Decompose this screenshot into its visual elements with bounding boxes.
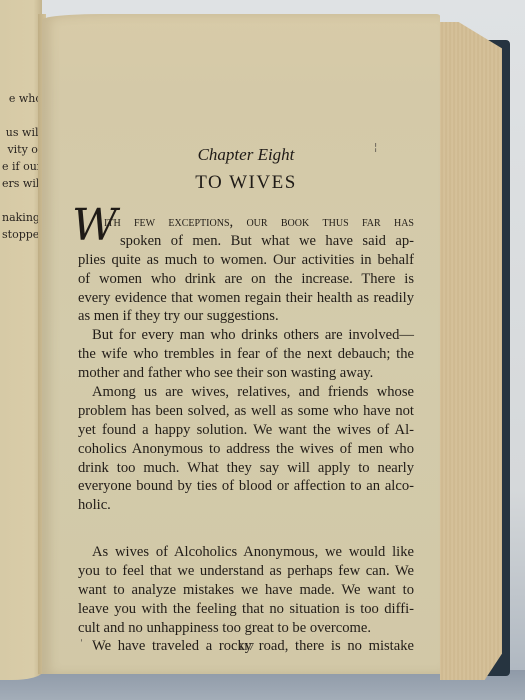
text-line: Among us are wives, relatives, and frien… xyxy=(78,383,414,402)
pencil-mark: ˈ xyxy=(80,639,83,650)
fragment: vity of xyxy=(2,141,42,158)
text-line: as men if they try our suggestions. xyxy=(78,307,414,326)
fragment: stopped xyxy=(2,226,42,243)
text-line: you to feel that we understand as perhap… xyxy=(78,562,414,581)
text-line: mother and father who see their son wast… xyxy=(78,364,414,383)
fragment xyxy=(2,192,42,209)
previous-page: e who us will vity of e if our ers will … xyxy=(0,0,42,680)
page-number: 117 xyxy=(78,638,414,657)
text-line: leave you with the feeling that no situa… xyxy=(78,600,414,619)
text-line: As wives of Alcoholics Anonymous, we wou… xyxy=(78,543,414,562)
fragment xyxy=(2,107,42,124)
text-line: the wife who trembles in fear of the nex… xyxy=(78,345,414,364)
text-line: every evidence that women regain their h… xyxy=(78,289,414,308)
text-line: coholics Anonymous to address the wives … xyxy=(78,440,414,459)
chapter-title: TO WIVES xyxy=(78,174,414,193)
fragment: naking, xyxy=(2,209,42,226)
text-line: of women who drink are on the increase. … xyxy=(78,270,414,289)
text-line: yet found a happy solution. We want the … xyxy=(78,421,414,440)
text-line: cult and no unhappiness too great to be … xyxy=(78,619,414,638)
text-line: holic. xyxy=(78,496,414,515)
text-line: ith few exceptions, our book thus far ha… xyxy=(78,213,414,232)
text-line: problem has been solved, as well as some… xyxy=(78,402,414,421)
text-line: drink too much. What they say will apply… xyxy=(78,459,414,478)
fragment: us will xyxy=(2,124,42,141)
text-line: But for every man who drinks others are … xyxy=(78,326,414,345)
chapter-label: Chapter Eight xyxy=(78,146,414,165)
book-page: Chapter Eight TO WIVES W ith few excepti… xyxy=(42,14,440,674)
text-line: everyone bound by ties of blood or affec… xyxy=(78,477,414,496)
text-line: plies quite as much to women. Our activi… xyxy=(78,251,414,270)
body-paragraphs: ith few exceptions, our book thus far ha… xyxy=(78,213,414,515)
fragment: e if our xyxy=(2,158,42,175)
page-block-edges xyxy=(440,22,502,680)
pencil-mark: ¦ xyxy=(374,142,377,153)
line-text: ith few exceptions, our book thus far ha… xyxy=(104,214,414,230)
fragment: ers will xyxy=(2,175,42,192)
fragment: e who xyxy=(2,90,42,107)
previous-page-text: e who us will vity of e if our ers will … xyxy=(2,90,42,243)
text-line: want to analyze mistakes we have made. W… xyxy=(78,581,414,600)
text-line: spoken of men. But what we have said ap- xyxy=(78,232,414,251)
